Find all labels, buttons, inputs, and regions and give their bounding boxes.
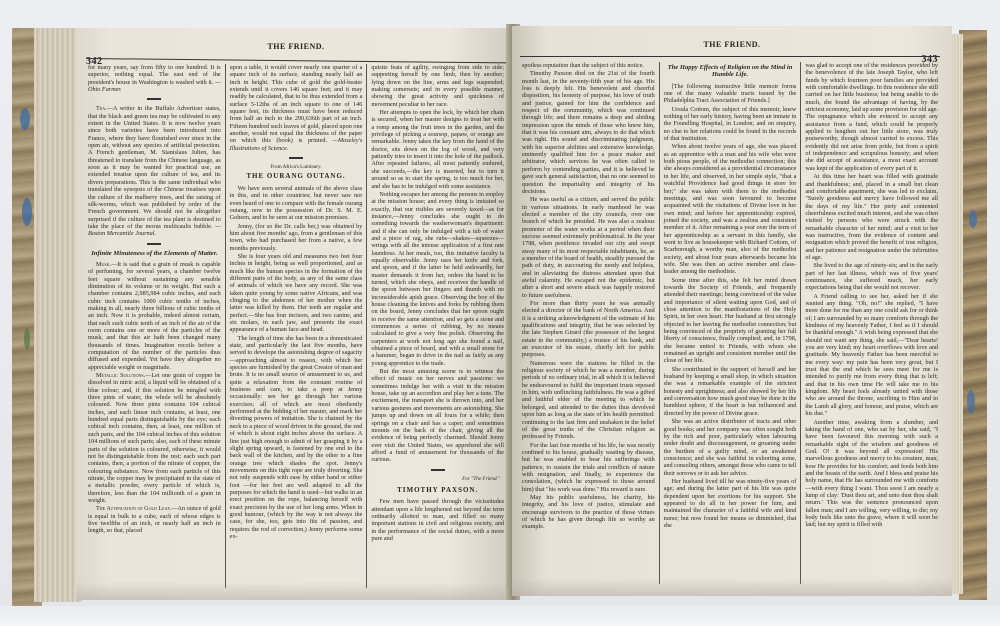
paragraph: At this time her heart was filled with g… [805,173,938,261]
paragraph-text: was glad to accept one of the residences… [805,62,938,172]
paragraph-text: The length of time she has been in a dom… [230,335,363,540]
section-divider [431,469,445,471]
section-divider [147,243,161,245]
paragraph: She was an active distributor of tracts … [664,418,797,477]
paragraph: Her attempts to open the lock, by which … [371,109,504,190]
table-surface [0,606,1000,626]
paragraph-lead: The Attenuation of Gold Leaf. [96,505,171,512]
text-columns: spotless reputation than the subject of … [518,62,942,584]
paragraph: was glad to accept one of the residences… [805,62,938,172]
paragraph-text: Some time after this, she felt her mind … [664,277,797,365]
paragraph: Nothing escapes her among the persons in… [371,191,504,367]
paragraph: [The following instructive little memoir… [664,83,797,105]
text-columns: for many years, say from fifty to one hu… [84,64,508,588]
paragraph: Some time after this, she felt her mind … [664,277,797,365]
running-head: THE FRIEND. 342 [76,42,516,60]
paragraph-text: We have seen several animals of the abov… [230,185,363,221]
paragraph-text: Few men have passed through the vicissit… [371,498,504,542]
paragraph: She contributed to the support of hersel… [664,366,797,417]
paragraph: spotless reputation than the subject of … [522,62,655,69]
paragraph-text: She is four years old and measures two f… [230,253,363,333]
paragraph: She lived to the age of ninety-six; and … [805,262,938,291]
paragraph-text: She was an active distributor of tracts … [664,418,797,476]
paragraph: But the most amusing scene is to witness… [371,368,504,463]
section-divider [289,157,303,159]
paragraph-text: May his public usefulness, his charity, … [522,494,655,530]
column: upon a table, it would cover nearly one … [225,64,367,588]
article-heading: TIMOTHY PAXSON. [371,487,504,494]
paragraph-text: Numerous were the stations he filled in … [522,360,655,440]
column: quisite feats of agility, swinging from … [366,64,508,588]
article-heading-italic: The Happy Effects of Religion on the Min… [664,64,797,79]
paragraph: For more than thirty years he was annual… [522,300,655,359]
paragraph-text: But the most amusing scene is to witness… [371,368,504,463]
paragraph-text: She lived to the age of ninety-six; and … [805,262,938,291]
publication-title: THE FRIEND. [76,42,516,51]
paragraph: Numerous were the stations he filled in … [522,360,655,441]
open-book: THE FRIEND. 342 for many years, say from… [12,20,987,610]
header-rule [520,56,940,58]
paragraph: The length of time she has been in a dom… [230,335,363,541]
paragraph-lead: Metallic Solutions. [96,372,145,379]
paragraph-text: Her attempts to open the lock, by which … [371,109,504,189]
paragraph: upon a table, it would cover nearly one … [230,64,363,152]
paragraph: When about twelve years of age, she was … [664,143,797,275]
paragraph: A Friend calling to see her, asked her i… [805,293,938,418]
paragraph-text: Jenny, (for so the Dr. calls her,) was o… [230,223,363,252]
left-page: THE FRIEND. 342 for many years, say from… [76,28,516,600]
section-divider [147,98,161,100]
paragraph-text: upon a table, it would cover nearly one … [230,64,363,144]
paragraph: He was useful as a citizen, and served t… [522,196,655,299]
paragraph-text: [The following instructive little memoir… [664,83,797,105]
column: spotless reputation than the subject of … [518,62,659,584]
paragraph: The Attenuation of Gold Leaf.—An ounce o… [88,505,221,534]
paragraph-text: spotless reputation than the subject of … [522,62,644,69]
paragraph-lead: Tea. [96,105,107,112]
paragraph-text: Nothing escapes her among the persons in… [371,191,504,367]
column: The Happy Effects of Religion on the Min… [659,62,801,584]
paragraph-text: At this time her heart was filled with g… [805,173,938,261]
paragraph-text: Ursula Cottom, the subject of this memoi… [664,106,797,142]
paragraph-text: quisite feats of agility, swinging from … [371,64,504,108]
paragraph-text: —A writer in the Buffalo Advertiser stat… [88,105,221,230]
paragraph-text: —It is said that a grain of musk is capa… [88,261,221,371]
paragraph-lead: Musk. [96,261,111,268]
attribution-line: For "The Friend." [371,476,500,483]
source-line: From Africa's Luminary. [230,164,363,171]
paragraph-text: He was useful as a citizen, and served t… [522,196,655,298]
paragraph: quisite feats of agility, swinging from … [371,64,504,108]
paragraph-text: For more than thirty years he was annual… [522,300,655,358]
paragraph-text: Timothy Paxson died on the 21st of the f… [522,70,655,195]
publication-title: THE FRIEND. [512,40,952,49]
article-heading-italic: Infinite Minuteness of the Elements of M… [88,250,221,257]
paragraph-text: Her husband lived till he was ninety-fiv… [664,478,797,529]
marbled-cover-right [959,30,987,600]
column: for many years, say from fifty to one hu… [84,64,225,588]
paragraph: For the last four months of his life, he… [522,442,655,493]
paragraph: Timothy Paxson died on the 21st of the f… [522,70,655,195]
paragraph: for many years, say from fifty to one hu… [88,64,221,93]
paragraph: Her husband lived till he was ninety-fiv… [664,478,797,529]
article-heading: THE OURANG OUTANG. [230,173,363,180]
paragraph: Jenny, (for so the Dr. calls her,) was o… [230,223,363,252]
paragraph: May his public usefulness, his charity, … [522,494,655,531]
paragraph-text: For the last four months of his life, he… [522,442,655,493]
paragraph: She is four years old and measures two f… [230,253,363,334]
paragraph: Tea.—A writer in the Buffalo Advertiser … [88,105,221,237]
page-edges-left [34,28,82,602]
paragraph: Metallic Solutions.—Let one grain of cop… [88,372,221,504]
paragraph-text: She contributed to the support of hersel… [664,366,797,417]
paragraph: Musk.—It is said that a grain of musk is… [88,261,221,371]
paragraph-text: A Friend calling to see her, asked her i… [805,293,938,418]
paragraph: Few men have passed through the vicissit… [371,498,504,542]
paragraph: Ursula Cottom, the subject of this memoi… [664,106,797,143]
column: was glad to accept one of the residences… [800,62,942,584]
paragraph: Another time, awaking from a slumber, an… [805,419,938,529]
paragraph-text: Another time, awaking from a slumber, an… [805,419,938,529]
paragraph-text: for many years, say from fifty to one hu… [88,64,221,86]
right-page: THE FRIEND. 343 spotless reputation than… [512,26,952,596]
paragraph-text: —Let one grain of copper be dissolved in… [88,372,221,504]
paragraph: We have seen several animals of the abov… [230,185,363,222]
paragraph-text: When about twelve years of age, she was … [664,143,797,275]
